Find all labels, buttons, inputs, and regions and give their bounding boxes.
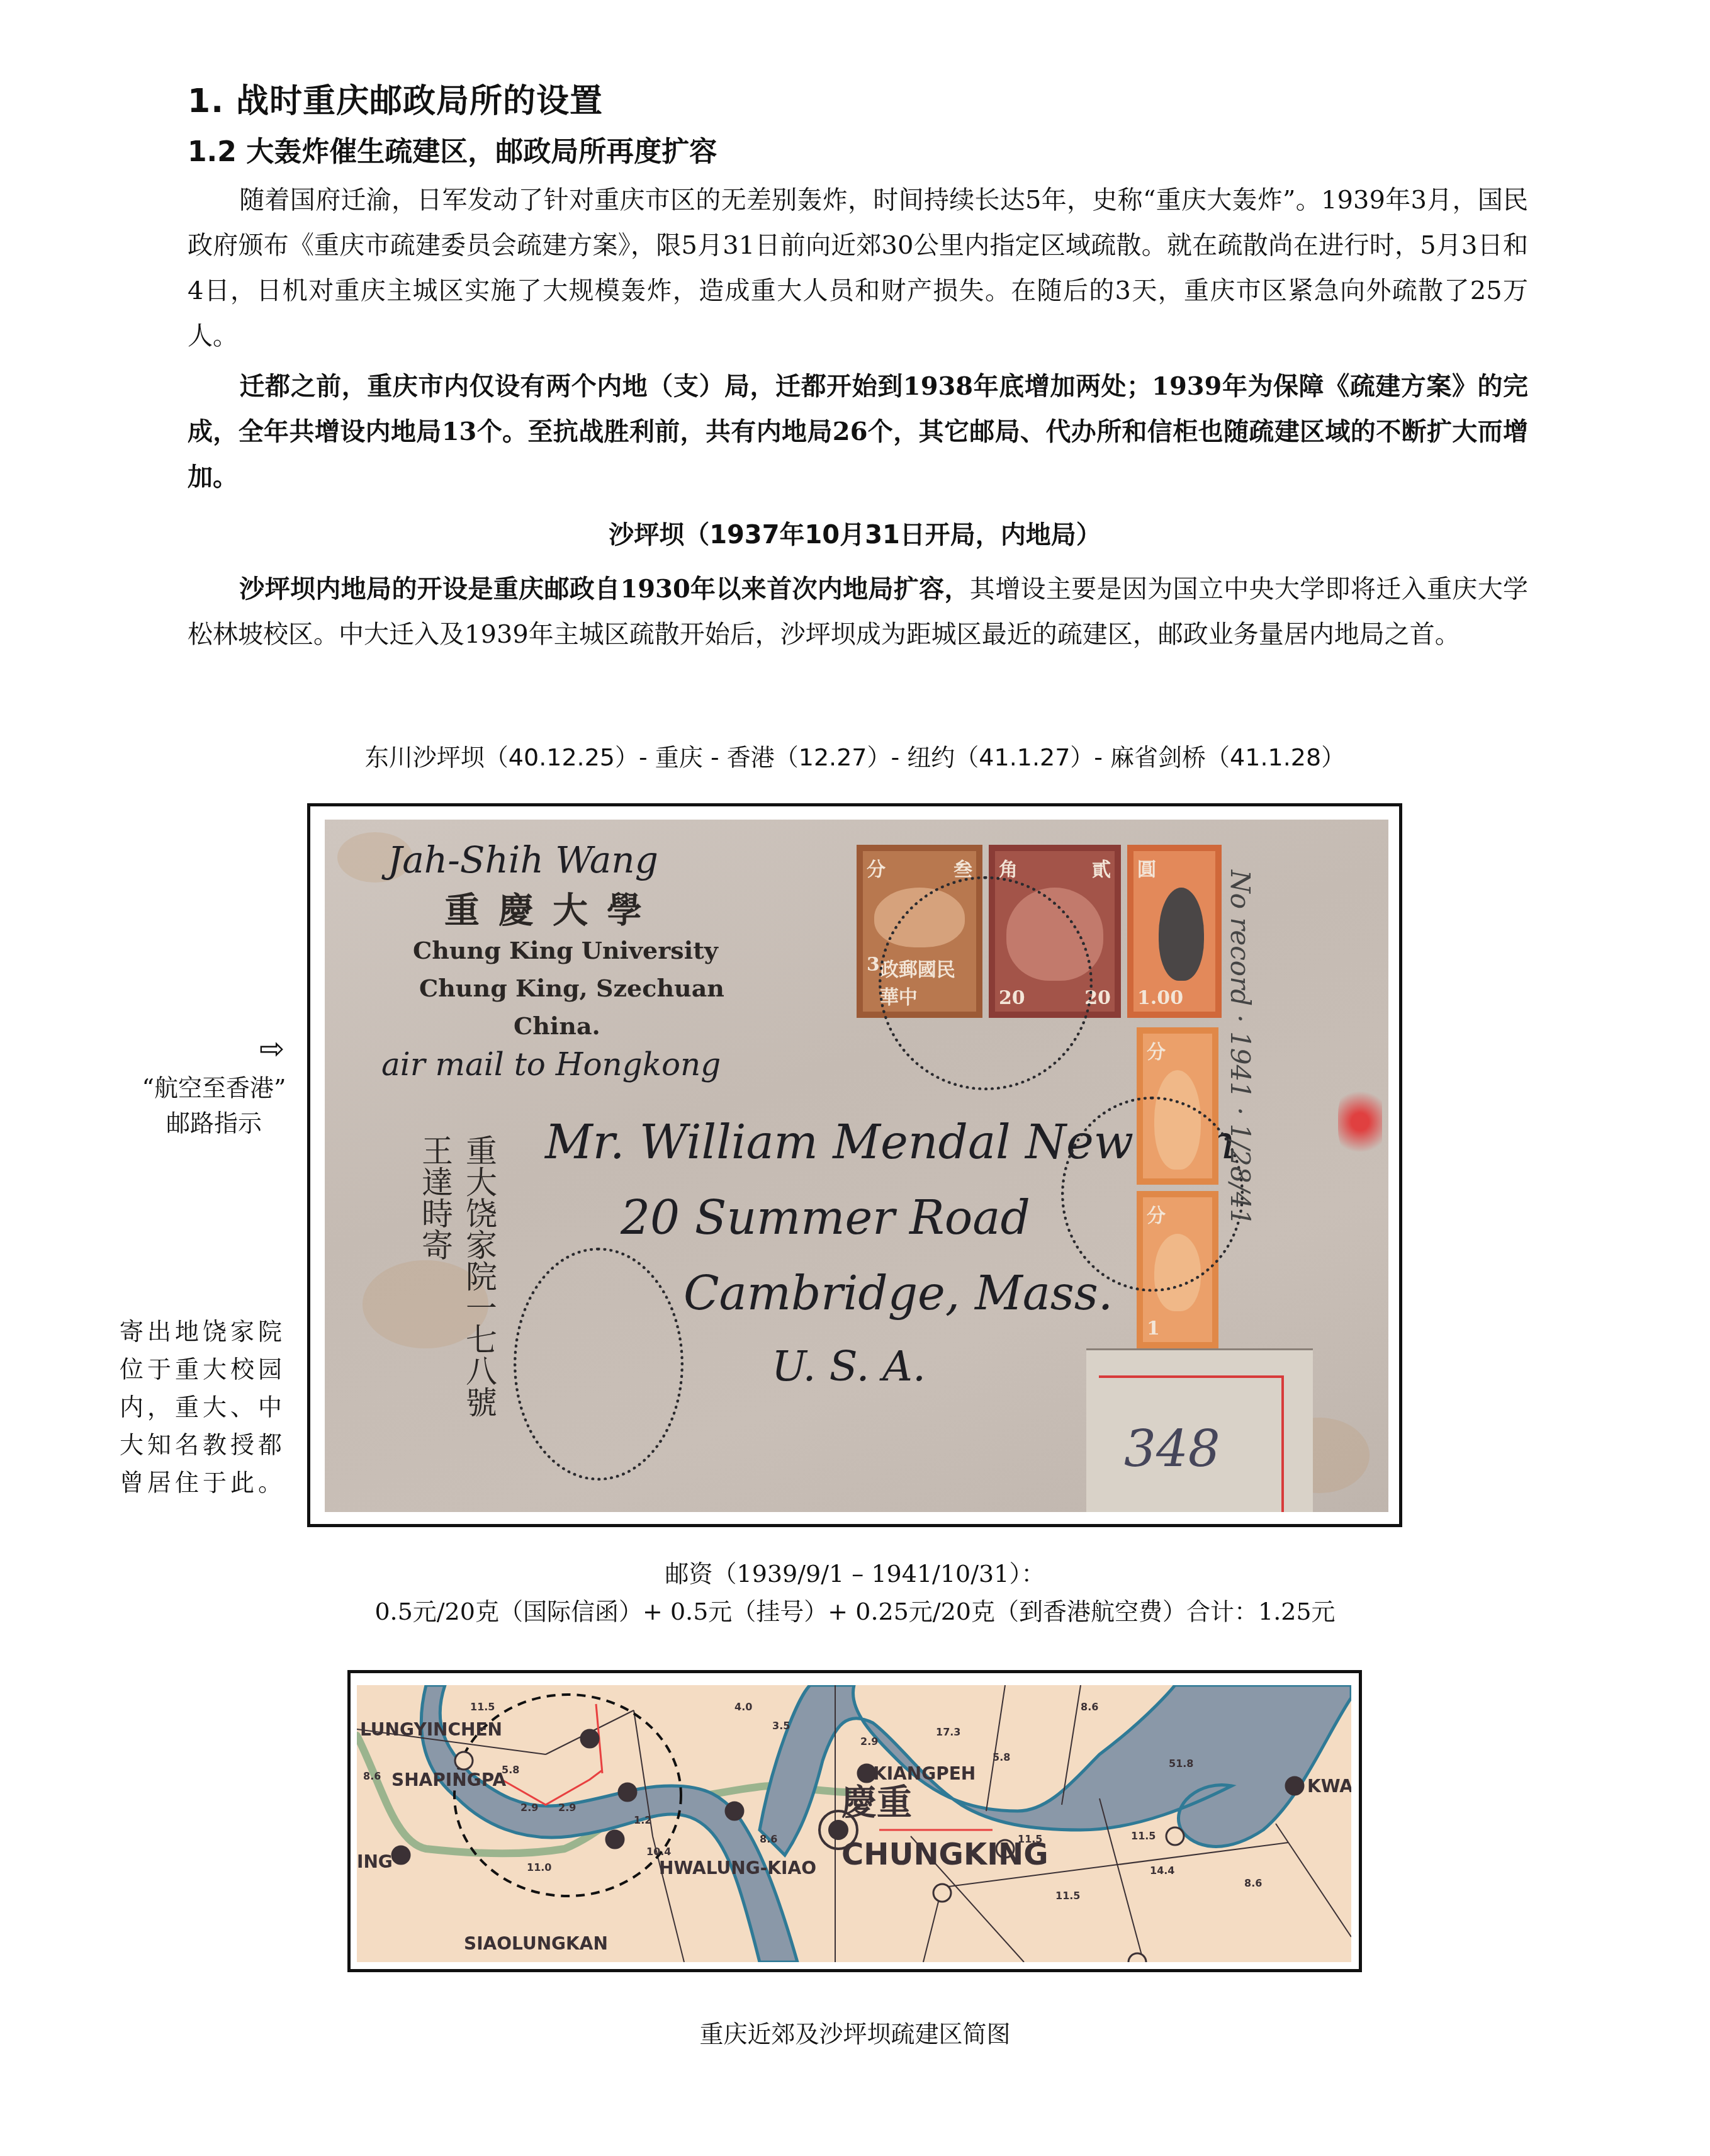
svg-text:8.6: 8.6 (760, 1833, 777, 1845)
address-line-4: U. S. A. (772, 1342, 926, 1391)
routing-note-line-2: 邮路指示 (120, 1105, 308, 1141)
svg-text:SIAOLUNGKAN: SIAOLUNGKAN (464, 1933, 608, 1954)
svg-text:ING: ING (357, 1851, 393, 1872)
red-seal (1338, 1084, 1382, 1160)
airmail-routing-handwritten: air mail to Hongkong (381, 1046, 721, 1083)
postmark-cancel (879, 876, 1093, 1090)
svg-text:8.6: 8.6 (1244, 1877, 1262, 1889)
postage-rate: 邮资（1939/9/1 – 1941/10/31）： 0.5元/20克（国际信函… (0, 1555, 1710, 1630)
svg-text:17.3: 17.3 (936, 1726, 960, 1738)
route-caption: 东川沙坪坝（40.12.25）- 重庆 - 香港（12.27）- 纽约（41.1… (0, 738, 1710, 772)
arrow-right-icon: ⇨ (259, 1031, 284, 1066)
paragraph-shapingba: 沙坪坝内地局的开设是重庆邮政自1930年以来首次内地局扩容，其增设主要是因为国立… (188, 567, 1528, 657)
sender-location-note: 寄出地饶家院位于重大校园内，重大、中大知名教授都曾居住于此。 (120, 1312, 296, 1501)
svg-text:11.5: 11.5 (1131, 1830, 1156, 1842)
svg-text:11.5: 11.5 (1055, 1890, 1080, 1902)
svg-text:8.6: 8.6 (363, 1770, 381, 1782)
postmark-cancel (1061, 1097, 1244, 1292)
svg-text:11.0: 11.0 (527, 1861, 551, 1873)
stamp-1-yuan: 圓 1.00 (1127, 845, 1222, 1018)
svg-text:KIANGPEH: KIANGPEH (873, 1763, 976, 1784)
paragraph-text: 迁都之前，重庆市内仅设有两个内地（支）局，迁都开始到1938年底增加两处；193… (188, 371, 1528, 492)
map-drawing: LUNGYINCHENSHAPINGPAHWALUNG-KIAOSIAOLUNG… (357, 1685, 1351, 1962)
svg-text:14.4: 14.4 (1150, 1865, 1174, 1877)
svg-text:LUNGYINCHEN: LUNGYINCHEN (360, 1719, 502, 1740)
sender-name-handwritten: Jah-Shih Wang (388, 838, 658, 881)
postage-period: 邮资（1939/9/1 – 1941/10/31）： (0, 1555, 1710, 1593)
registration-label: 348 (1086, 1348, 1313, 1512)
postmark-origin (514, 1248, 683, 1481)
registration-number: 348 (1124, 1419, 1220, 1478)
imprint-line-3: China. (514, 1012, 600, 1040)
svg-text:慶重: 慶重 (841, 1782, 912, 1823)
paragraph-post-offices: 迁都之前，重庆市内仅设有两个内地（支）局，迁都开始到1938年底增加两处；193… (188, 364, 1528, 500)
evacuation-zone-map: LUNGYINCHENSHAPINGPAHWALUNG-KIAOSIAOLUNG… (357, 1685, 1351, 1962)
subsection-title: 1.2 大轰炸催生疏建区，邮政局所再度扩容 (188, 129, 717, 169)
svg-text:8.6: 8.6 (1081, 1701, 1098, 1713)
sender-address-chinese-handwritten: 重大饶家院一七八號王達時寄 (413, 1134, 501, 1418)
imprint-line-1: Chung King University (413, 936, 718, 964)
svg-text:51.8: 51.8 (1169, 1758, 1193, 1769)
university-imprint-chinese: 重慶大學 (444, 883, 661, 933)
postage-breakdown: 0.5元/20克（国际信函）+ 0.5元（挂号）+ 0.25元/20克（到香港航… (0, 1593, 1710, 1630)
imprint-line-2: Chung King, Szechuan (419, 974, 724, 1002)
office-heading: 沙坪坝（1937年10月31日开局，内地局） (0, 515, 1710, 551)
svg-text:2.9: 2.9 (558, 1802, 576, 1814)
svg-text:4.0: 4.0 (734, 1701, 752, 1713)
postal-cover-image: Jah-Shih Wang 重慶大學 Chung King University… (325, 820, 1388, 1512)
svg-text:HWALUNG-KIAO: HWALUNG-KIAO (659, 1858, 816, 1878)
paragraph-bold-lead: 沙坪坝内地局的开设是重庆邮政自1930年以来首次内地局扩容， (239, 574, 970, 604)
address-line-2: 20 Summer Road (621, 1191, 1030, 1245)
map-caption: 重庆近郊及沙坪坝疏建区简图 (0, 2014, 1710, 2049)
svg-text:3.5: 3.5 (772, 1720, 790, 1732)
svg-text:1.2: 1.2 (634, 1814, 651, 1826)
svg-text:2.9: 2.9 (860, 1736, 878, 1747)
svg-text:11.5: 11.5 (1018, 1833, 1042, 1845)
address-line-3: Cambridge, Mass. (683, 1267, 1113, 1321)
paragraph-bombing: 随着国府迁渝，日军发动了针对重庆市区的无差别轰炸，时间持续长达5年，史称“重庆大… (188, 178, 1528, 359)
svg-text:2.9: 2.9 (520, 1802, 538, 1814)
svg-text:5.8: 5.8 (502, 1764, 519, 1776)
routing-note-line-1: “航空至香港” (120, 1070, 308, 1105)
transit-note-handwritten: No record · 1941 · 1/28/41 (1225, 870, 1256, 1226)
paragraph-text: 随着国府迁渝，日军发动了针对重庆市区的无差别轰炸，时间持续长达5年，史称“重庆大… (188, 186, 1528, 351)
svg-text:SHAPINGPA: SHAPINGPA (391, 1769, 507, 1790)
svg-text:10.4: 10.4 (646, 1846, 671, 1858)
svg-text:11.5: 11.5 (470, 1701, 495, 1713)
section-title: 1. 战时重庆邮政局所的设置 (188, 74, 603, 121)
svg-text:5.8: 5.8 (993, 1751, 1010, 1763)
svg-text:KWAN: KWAN (1307, 1776, 1351, 1797)
routing-note: “航空至香港” 邮路指示 (120, 1070, 308, 1141)
